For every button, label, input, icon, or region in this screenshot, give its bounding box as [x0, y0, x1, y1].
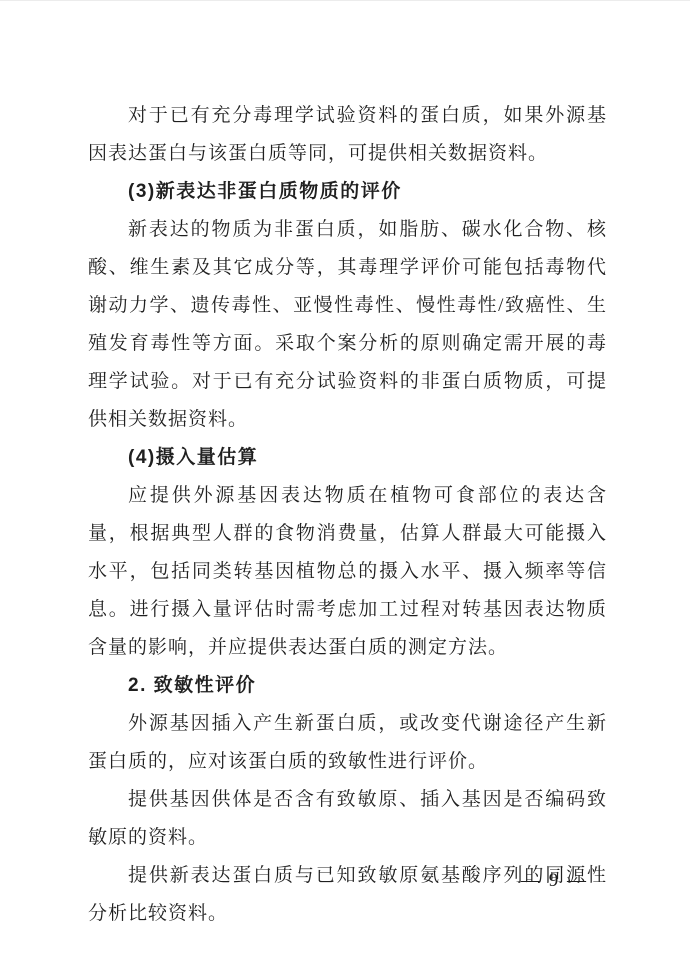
- paragraph-intake-estimation: 应提供外源基因表达物质在植物可食部位的表达含量，根据典型人群的食物消费量，估算人…: [88, 477, 607, 667]
- paragraph-homology-analysis: 提供新表达蛋白质与已知致敏原氨基酸序列的同源性分析比较资料。: [88, 857, 607, 933]
- section-heading-non-protein-evaluation: (3)新表达非蛋白质物质的评价: [88, 173, 607, 211]
- document-page: 对于已有充分毒理学试验资料的蛋白质，如果外源基因表达蛋白与该蛋白质等同，可提供相…: [0, 0, 690, 976]
- paragraph-gene-donor-allergen: 提供基因供体是否含有致敏原、插入基因是否编码致敏原的资料。: [88, 781, 607, 857]
- text-block: 对于已有充分毒理学试验资料的蛋白质，如果外源基因表达蛋白与该蛋白质等同，可提供相…: [88, 97, 607, 933]
- paragraph-toxicology-data: 对于已有充分毒理学试验资料的蛋白质，如果外源基因表达蛋白与该蛋白质等同，可提供相…: [88, 97, 607, 173]
- paragraph-allergenicity-new-protein: 外源基因插入产生新蛋白质，或改变代谢途径产生新蛋白质的，应对该蛋白质的致敏性进行…: [88, 705, 607, 781]
- section-heading-allergenicity-evaluation: 2. 致敏性评价: [88, 667, 607, 705]
- section-heading-intake-estimation: (4)摄入量估算: [88, 439, 607, 477]
- paragraph-non-protein-substances: 新表达的物质为非蛋白质，如脂肪、碳水化合物、核酸、维生素及其它成分等，其毒理学评…: [88, 211, 607, 439]
- page-number: — 9 —: [521, 870, 588, 892]
